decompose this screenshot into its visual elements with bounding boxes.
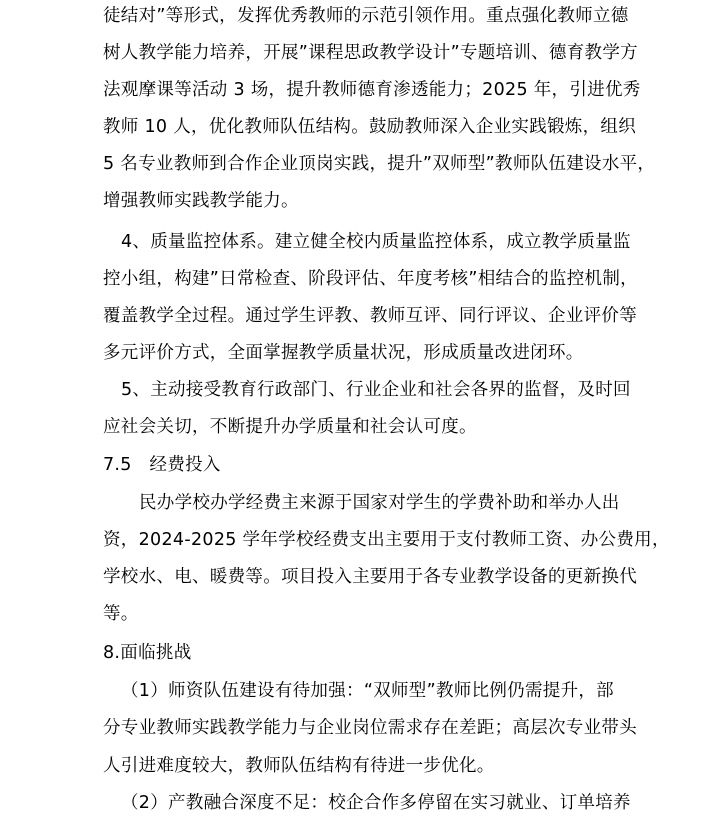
text-line: （2）产教融合深度不足：校企合作多停留在实习就业、订单培养 <box>121 792 631 814</box>
text-line: 民办学校办学经费主来源于国家对学生的学费补助和举办人出 <box>139 492 620 514</box>
text-line: 教师 10 人，优化教师队伍结构。鼓励教师深入企业实践锻炼，组织 <box>103 116 636 138</box>
text-line: 学校水、电、暖费等。项目投入主要用于各专业教学设备的更新换代 <box>103 566 637 588</box>
text-line: 徒结对”等形式，发挥优秀教师的示范引领作用。重点强化教师立德 <box>103 5 629 27</box>
text-line: 多元评价方式，全面掌握教学质量状况，形成质量改进闭环。 <box>103 342 584 364</box>
text-line: 覆盖教学全过程。通过学生评教、教师互评、同行评议、企业评价等 <box>103 305 637 327</box>
text-line: 4、质量监控体系。建立健全校内质量监控体系，成立教学质量监 <box>121 231 631 253</box>
text-line: 5 名专业教师到合作企业顶岗实践，提升”双师型”教师队伍建设水平， <box>103 153 655 175</box>
text-line: 7.5 经费投入 <box>103 454 221 476</box>
text-line: 人引进难度较大，教师队伍结构有待进一步优化。 <box>103 755 495 777</box>
text-line: 控小组，构建”日常检查、阶段评估、年度考核”相结合的监控机制， <box>103 268 638 290</box>
text-line: 8.面临挑战 <box>103 642 192 664</box>
text-line: 法观摩课等活动 3 场，提升教师德育渗透能力；2025 年，引进优秀 <box>103 79 641 101</box>
text-line: 分专业教师实践教学能力与企业岗位需求存在差距；高层次专业带头 <box>103 717 637 739</box>
text-line: 应社会关切，不断提升办学质量和社会认可度。 <box>103 416 477 438</box>
text-line: 资，2024-2025 学年学校经费支出主要用于支付教师工资、办公费用， <box>103 529 670 551</box>
text-line: 增强教师实践教学能力。 <box>103 190 299 212</box>
text-line: 5、主动接受教育行政部门、行业企业和社会各界的监督，及时回 <box>121 379 631 401</box>
text-line: 树人教学能力培养，开展”课程思政教学设计”专题培训、德育教学方 <box>103 42 638 64</box>
text-line: （1）师资队伍建设有待加强：“双师型”教师比例仍需提升，部 <box>121 680 614 702</box>
text-line: 等。 <box>103 603 139 625</box>
